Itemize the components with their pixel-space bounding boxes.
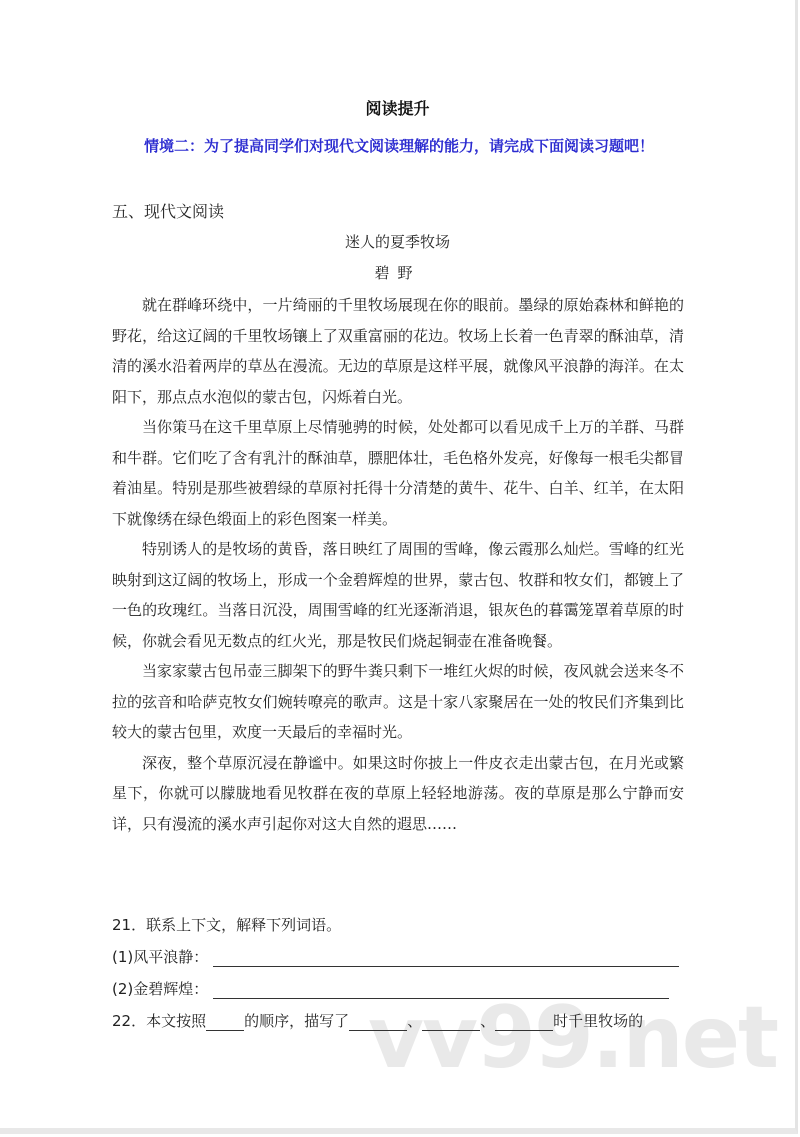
essay-paragraph: 当你策马在这千里草原上尽情驰骋的时候，处处都可以看见成千上万的羊群、马群和牛群。… <box>112 412 684 534</box>
essay-paragraph: 特别诱人的是牧场的黄昏，落日映红了周围的雪峰，像云霞那么灿烂。雪峰的红光映射到这… <box>112 534 684 656</box>
question-21-item-1: (1)风平浪静： <box>112 941 692 973</box>
essay-paragraph: 就在群峰环绕中，一片绮丽的千里牧场展现在你的眼前。墨绿的原始森林和鲜艳的野花，给… <box>112 290 684 412</box>
answer-blank[interactable] <box>206 1012 244 1031</box>
answer-blank[interactable] <box>213 948 679 967</box>
answer-blank[interactable] <box>213 980 669 999</box>
essay-paragraph: 深夜，整个草原沉浸在静谧中。如果这时你披上一件皮衣走出蒙古包，在月光或繁星下，你… <box>112 748 684 840</box>
item-label: (1)风平浪静： <box>112 948 208 966</box>
item-label: (2)金碧辉煌： <box>112 980 208 998</box>
answer-blank[interactable] <box>349 1012 407 1031</box>
question-text: 的顺序，描写了 <box>244 1012 349 1030</box>
answer-blank[interactable] <box>495 1012 553 1031</box>
separator: 、 <box>407 1012 422 1030</box>
document-page: vv99.net 阅读提升 情境二：为了提高同学们对现代文阅读理解的能力，请完成… <box>0 0 798 1134</box>
question-21-item-2: (2)金碧辉煌： <box>112 973 692 1005</box>
separator: 、 <box>480 1012 495 1030</box>
question-text: 22．本文按照 <box>112 1012 206 1030</box>
questions: 21．联系上下文，解释下列词语。 (1)风平浪静： (2)金碧辉煌： 22．本文… <box>112 909 692 1037</box>
essay-author: 碧野 <box>0 262 795 283</box>
answer-blank[interactable] <box>422 1012 480 1031</box>
essay-body: 就在群峰环绕中，一片绮丽的千里牧场展现在你的眼前。墨绿的原始森林和鲜艳的野花，给… <box>112 290 684 839</box>
question-22: 22．本文按照的顺序，描写了、、时千里牧场的 <box>112 1005 692 1037</box>
question-21-stem: 21．联系上下文，解释下列词语。 <box>112 909 692 941</box>
essay-paragraph: 当家家蒙古包吊壶三脚架下的野牛粪只剩下一堆红火烬的时候，夜风就会送来冬不拉的弦音… <box>112 656 684 748</box>
essay-title: 迷人的夏季牧场 <box>0 231 795 252</box>
question-text: 时千里牧场的 <box>553 1012 643 1030</box>
page-title: 阅读提升 <box>0 96 795 119</box>
intro-prompt: 情境二：为了提高同学们对现代文阅读理解的能力，请完成下面阅读习题吧！ <box>112 127 682 165</box>
section-title: 五、现代文阅读 <box>112 199 224 222</box>
